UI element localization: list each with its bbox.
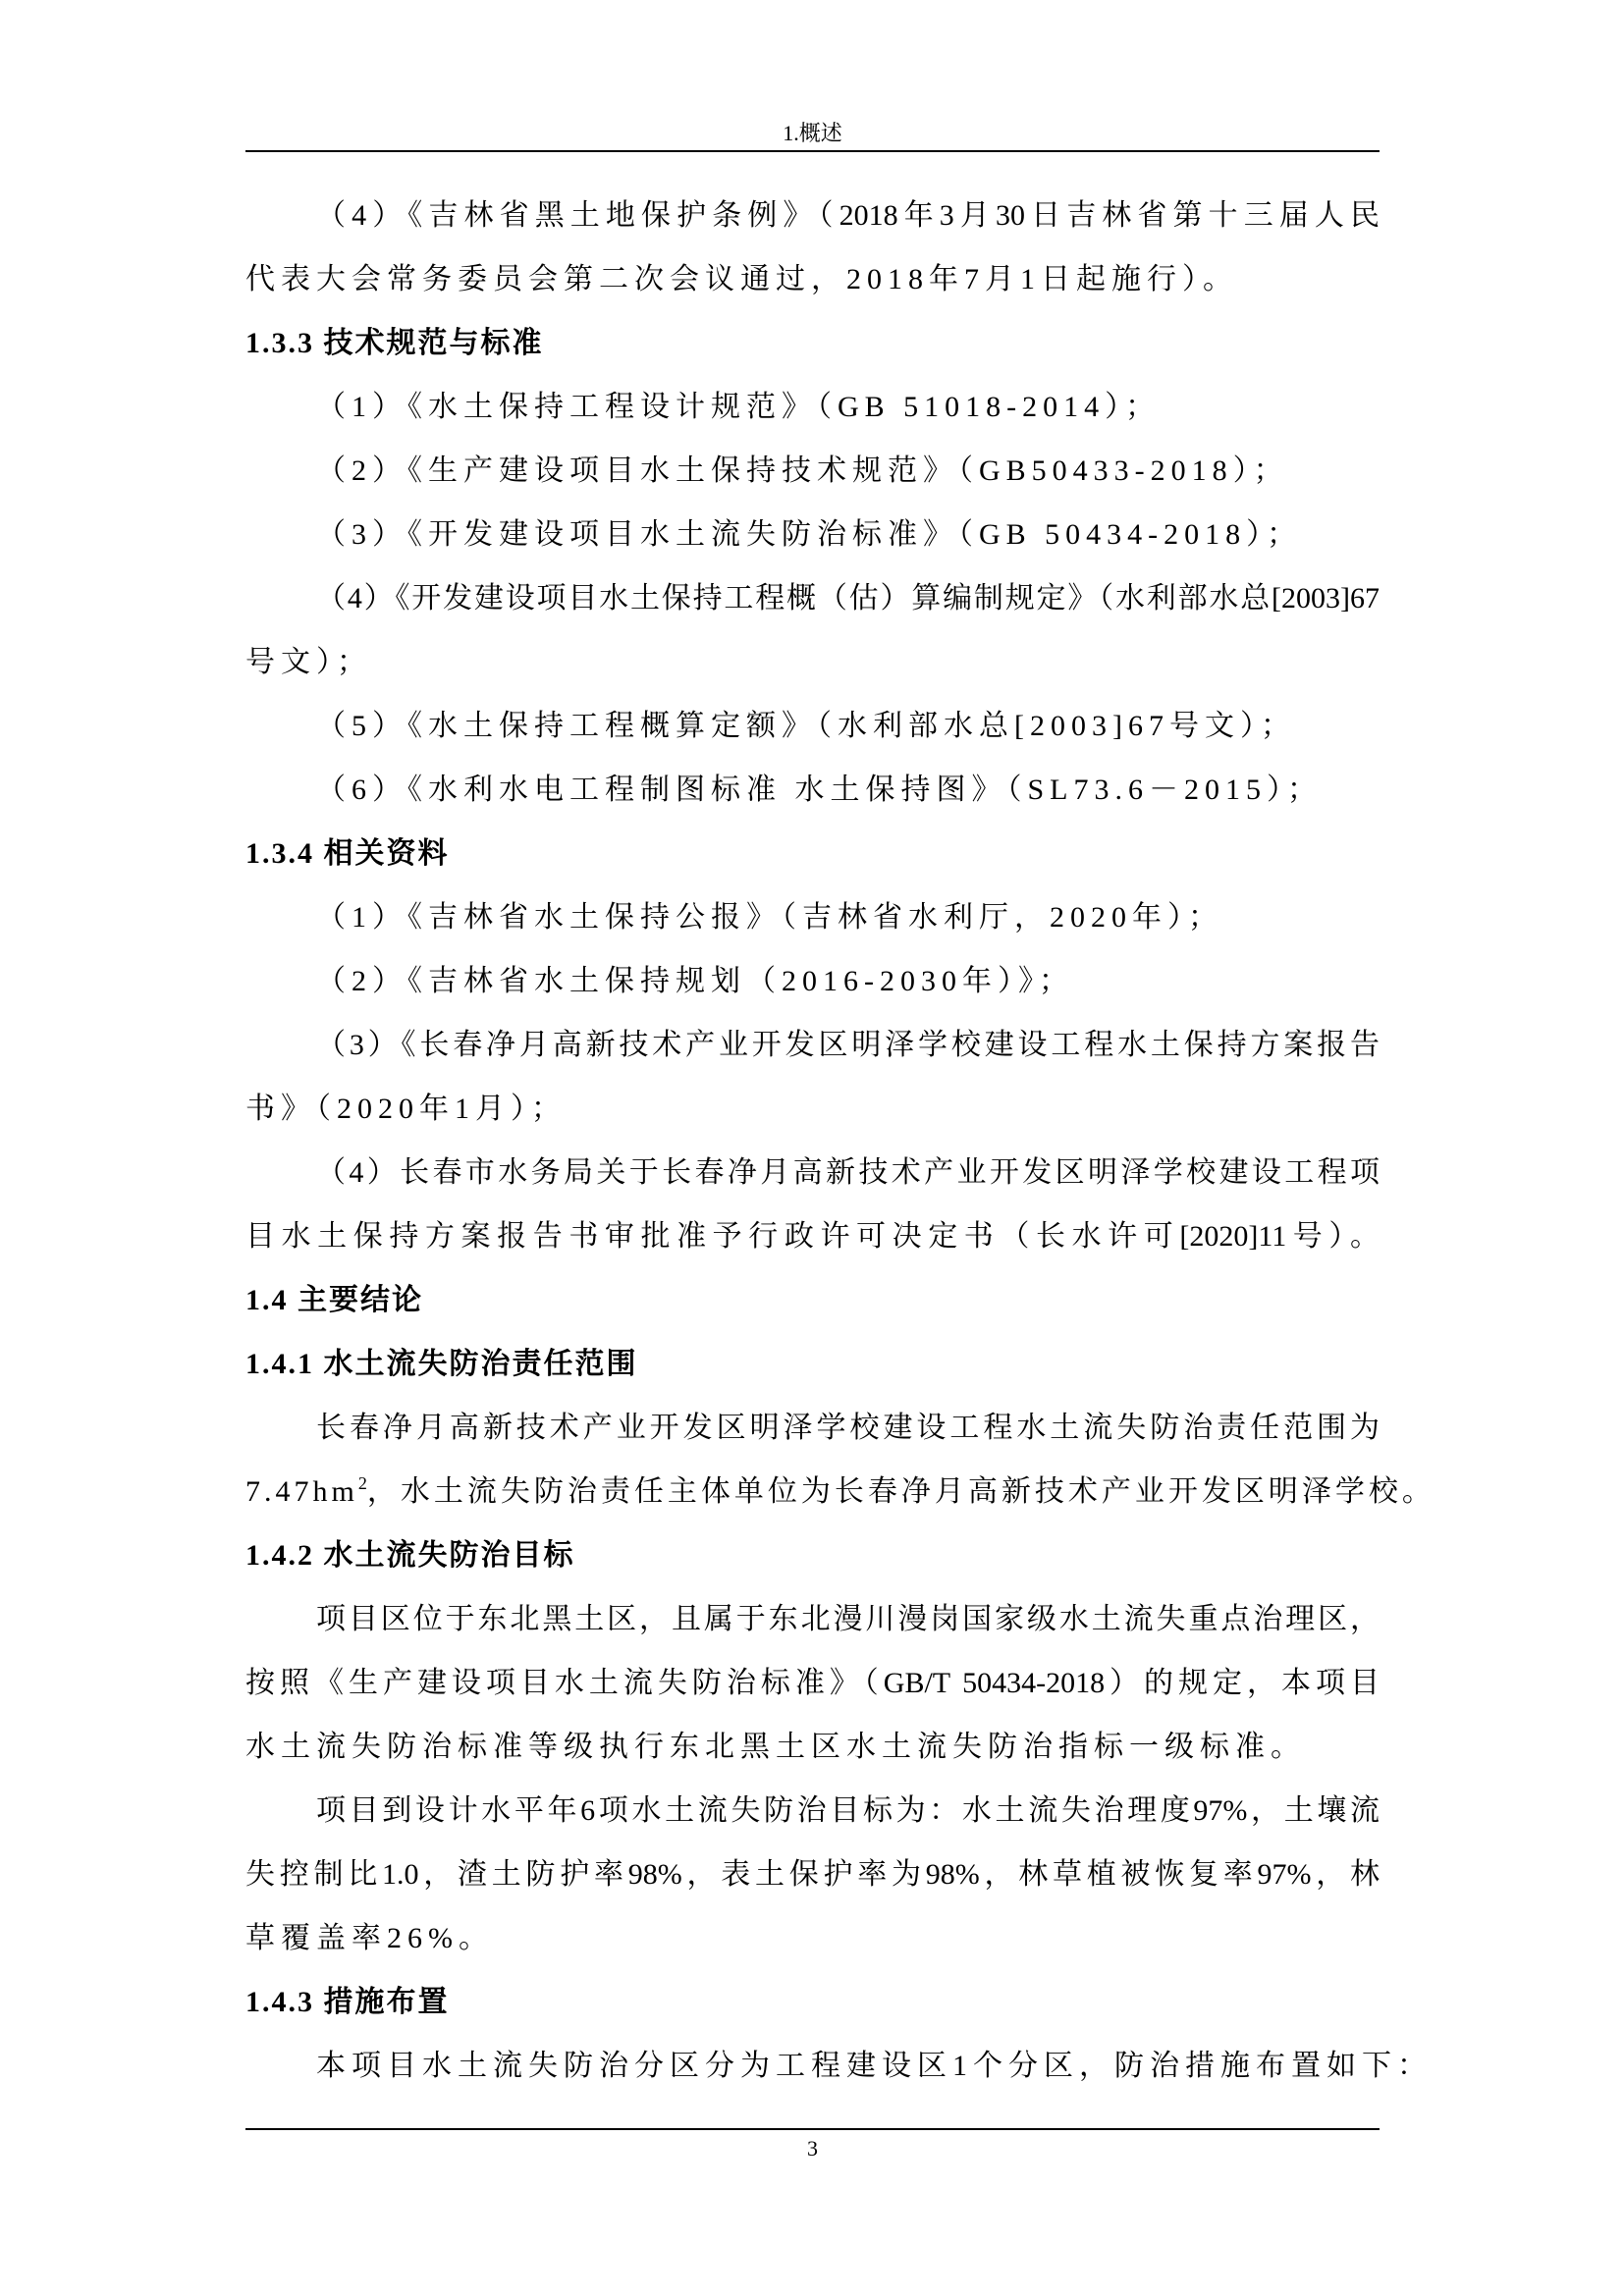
list-item: （4）《开发建设项目水土保持工程概（估）算编制规定》（水利部水总[2003]67 <box>316 579 1380 618</box>
running-header: 1.概述 <box>245 120 1380 147</box>
paragraph-line: 书》（2020年1月）； <box>245 1090 567 1129</box>
document-page: 1.概述 （4）《吉林省黑土地保护条例》（2018年3月30日吉林省第十三届人民… <box>0 0 1624 2296</box>
area-value: 7.47hm <box>245 1475 358 1508</box>
paragraph-line: 草覆盖率26%。 <box>245 1919 494 1958</box>
paragraph-line: 代表大会常务委员会第二次会议通过，2018年7月1日起施行）。 <box>245 260 1238 299</box>
paragraph-line: 项目到设计水平年6项水土流失防治目标为：水土流失治理度97%，土壤流 <box>316 1791 1380 1831</box>
section-heading-1-4-2: 1.4.2 水土流失防治目标 <box>245 1536 575 1575</box>
list-item: （4）《吉林省黑土地保护条例》（2018年3月30日吉林省第十三届人民 <box>316 196 1380 236</box>
section-heading-1-3-3: 1.3.3 技术规范与标准 <box>245 324 544 363</box>
paragraph-text: ，水土流失防治责任主体单位为长春净月高新技术产业开发区明泽学校。 <box>367 1475 1435 1508</box>
paragraph-line: 项目区位于东北黑土区，且属于东北漫川漫岗国家级水土流失重点治理区， <box>316 1600 1380 1639</box>
header-rule <box>245 150 1380 152</box>
paragraph-line: 失控制比1.0，渣土防护率98%，表土保护率为98%，林草植被恢复率97%，林 <box>245 1855 1380 1895</box>
list-item: （2）《吉林省水土保持规划（2016-2030年）》； <box>316 962 1074 1001</box>
section-heading-1-4-3: 1.4.3 措施布置 <box>245 1983 450 2022</box>
list-item: （5）《水土保持工程概算定额》（水利部水总[2003]67号文）； <box>316 707 1296 746</box>
list-item: （4）长春市水务局关于长春净月高新技术产业开发区明泽学校建设工程项 <box>316 1153 1380 1193</box>
list-item: （2）《生产建设项目水土保持技术规范》（GB50433-2018）； <box>316 452 1289 491</box>
footer-rule <box>245 2128 1380 2130</box>
superscript: 2 <box>358 1473 367 1493</box>
section-heading-1-4: 1.4 主要结论 <box>245 1281 423 1320</box>
list-item: （3）《长春净月高新技术产业开发区明泽学校建设工程水土保持方案报告 <box>316 1026 1380 1065</box>
section-heading-1-3-4: 1.3.4 相关资料 <box>245 834 450 874</box>
page-number: 3 <box>245 2135 1380 2163</box>
paragraph-line: 按照《生产建设项目水土流失防治标准》（GB/T 50434-2018）的规定，本… <box>245 1664 1380 1703</box>
paragraph-line: 水土流失防治标准等级执行东北黑土区水土流失防治指标一级标准。 <box>245 1728 1306 1767</box>
paragraph-line: 长春净月高新技术产业开发区明泽学校建设工程水土流失防治责任范围为 <box>316 1409 1380 1448</box>
list-item: （3）《开发建设项目水土流失防治标准》（GB 50434-2018）； <box>316 515 1302 555</box>
list-item: （6）《水利水电工程制图标准 水土保持图》（SL73.6－2015）； <box>316 771 1323 810</box>
paragraph-line: 目水土保持方案报告书审批准予行政许可决定书（长水许可[2020]11号）。 <box>245 1217 1380 1256</box>
paragraph-line: 7.47hm2，水土流失防治责任主体单位为长春净月高新技术产业开发区明泽学校。 <box>245 1472 1435 1512</box>
list-item: （1）《吉林省水土保持公报》（吉林省水利厅，2020年）； <box>316 898 1223 937</box>
paragraph-line: 号文）； <box>245 643 372 682</box>
paragraph-line: 本项目水土流失防治分区分为工程建设区1个分区，防治措施布置如下： <box>316 2047 1433 2086</box>
list-item: （1）《水土保持工程设计规范》（GB 51018-2014）； <box>316 388 1161 427</box>
section-heading-1-4-1: 1.4.1 水土流失防治责任范围 <box>245 1345 638 1384</box>
